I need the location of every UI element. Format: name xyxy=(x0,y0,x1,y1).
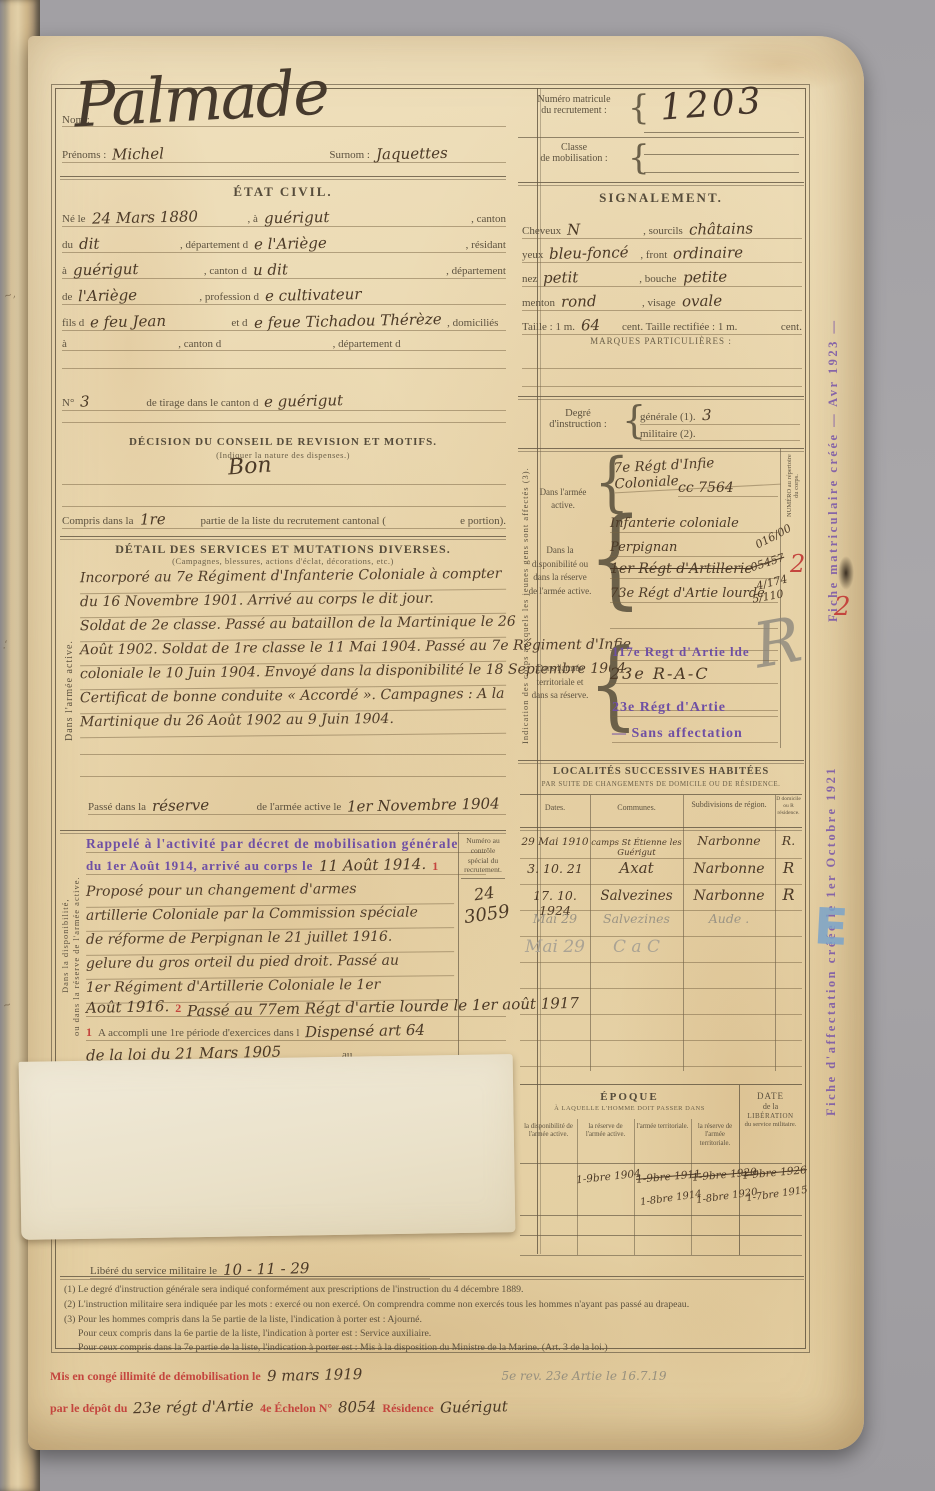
mobilisation-stamp-line-2: du 1er Août 1914, arrivé au corps le11 A… xyxy=(86,856,486,875)
liberation-header: DATE de la LIBÉRATION du service militai… xyxy=(739,1091,802,1129)
localites-row-empty xyxy=(520,963,802,989)
matricule-brace: { xyxy=(628,88,650,128)
territoriale-stamp-23: 23e Régt d'Artie xyxy=(612,700,778,717)
localites-row: 29 Mai 1910camps St Étienne les Guérigut… xyxy=(520,833,802,859)
etat-civil-line-3: àguérigut, canton du dit, département xyxy=(62,260,506,279)
epoque-col-1: la disponibilité de l'armée active. xyxy=(521,1123,576,1140)
territoriale-hw-23rac: 23e R-A-C xyxy=(610,664,778,684)
localites-row-empty xyxy=(520,1041,802,1067)
epoque-table: ÉPOQUE À LAQUELLE L'HOMME DOIT PASSER DA… xyxy=(520,1084,802,1256)
localites-col-dates: Dates. xyxy=(520,803,590,813)
localites-title: LOCALITÉS SUCCESSIVES HABITÉES xyxy=(518,766,804,777)
demobilisation-stamp-line-1: Mis en congé illimité de démobilisation … xyxy=(50,1366,800,1384)
instruction-militaire: militaire (2). xyxy=(640,428,800,441)
marques-title: MARQUES PARTICULIÈRES : xyxy=(518,336,804,346)
localites-col-domicile: D domicile ou R résidence. xyxy=(775,796,802,817)
localites-row-pencil: Mai 29SalvezinesAude . xyxy=(520,911,802,937)
mobilisation-text-line-6: Août 1916.2Passé au 77em Régt d'artie lo… xyxy=(86,998,506,1017)
corps-entry-1: Infanterie coloniale xyxy=(610,514,778,533)
instruction-label: Degré d'instruction : xyxy=(540,408,616,430)
margin-red-2: 2 xyxy=(834,592,851,622)
disponibilite-side-label-1: Dans la disponibilité, xyxy=(60,846,70,1046)
numero-special-value-1: 24 xyxy=(473,883,496,905)
footnote-3: (3) Pour les hommes compris dans la 5e p… xyxy=(64,1314,422,1325)
epoque-title: ÉPOQUE xyxy=(520,1091,739,1103)
localites-row-empty xyxy=(520,989,802,1015)
services-text: Incorporé au 7e Régiment d'Infanterie Co… xyxy=(80,568,506,736)
etat-civil-line-5: fils de feu Jeanet de feue Tichadou Thér… xyxy=(62,312,506,331)
epoque-value-territoriale-2: 1-8bre 1914 xyxy=(640,1189,703,1209)
signalement-row-yeux: yeuxbleu-foncé, frontordinaire xyxy=(522,244,802,263)
disponibilite-side-label-2: ou dans la réserve de l'armée active. xyxy=(71,826,81,1086)
etat-civil-line-4: del'Ariège, profession de cultivateur xyxy=(62,286,506,305)
signalement-row-cheveux: CheveuxN, sourcilschâtains xyxy=(522,220,802,239)
footnote-1: (1) Le degré d'instruction générale sera… xyxy=(64,1284,523,1295)
header-divider xyxy=(60,176,506,177)
epoque-col-3: l'armée territoriale. xyxy=(635,1123,690,1131)
decision-subtitle: (Indiquer la nature des dispenses.) xyxy=(60,450,506,460)
signalement-title: SIGNALEMENT. xyxy=(518,190,804,206)
numero-special-label: Numéro au contrôle spécial du recrutemen… xyxy=(461,836,505,879)
pasted-paper-slip xyxy=(19,1054,516,1240)
ink-blot xyxy=(838,556,854,590)
periode-1-line: 1A accompli une 1re période d'exercices … xyxy=(86,1022,506,1041)
localites-row: 3. 10. 21AxatNarbonneR xyxy=(520,859,802,885)
disponibilite-label: Dans la disponibilité ou dans la réserve… xyxy=(528,544,592,598)
blank-rule xyxy=(62,348,506,369)
scanned-military-register: { "doc_type": "Registre matricule milita… xyxy=(0,0,935,1491)
corps-entry-text: 73e Régt d'Artie lourde xyxy=(610,586,765,601)
classe-label: Classe de mobilisation : xyxy=(522,142,626,164)
localites-row: 17. 10. 1924SalvezinesNarbonneR xyxy=(520,885,802,911)
epoque-value-reserve: 1-9bre 1904 xyxy=(576,1168,642,1187)
header-box-rule xyxy=(518,137,804,138)
corps-entry-text: Perpignan xyxy=(610,540,677,555)
corps-entry-text: 1er Régt d'Artillerie xyxy=(610,561,753,577)
numero-repertoire-label: NUMÉRO au répertoire du corps. xyxy=(786,452,800,520)
territoriale-label: Dans l'armée territoriale et dans sa rés… xyxy=(528,662,592,703)
page-title: Palmade xyxy=(72,55,329,141)
territoriale-stamp-117: 117e Regt d'Artie lde xyxy=(612,644,778,661)
corps-entry-2: Perpignan xyxy=(610,538,778,557)
register-page: Palmade Nom : Prénoms :MichelSurnom :Jaq… xyxy=(28,36,864,1450)
footnote-4: Pour ceux compris dans la 6e partie de l… xyxy=(78,1328,431,1339)
localites-row-pencil: Mai 29C a C xyxy=(520,937,802,963)
services-side-label: Dans l'armée active. xyxy=(64,596,75,786)
localites-row-empty xyxy=(520,1015,802,1041)
armee-active-label: Dans l'armée active. xyxy=(534,486,592,511)
affectation-side-label: Indication des corps auxquels les jeunes… xyxy=(520,456,530,756)
taille-line: Taille : 1 m.64cent. Taille rectifiée : … xyxy=(522,316,802,335)
reserve-line: Passé dans laréservede l'armée active le… xyxy=(88,796,506,815)
matricule-label: Numéro matricule du recrutement : xyxy=(522,94,626,116)
services-title: DÉTAIL DES SERVICES ET MUTATIONS DIVERSE… xyxy=(60,542,506,557)
localites-col-communes: Communes. xyxy=(590,803,683,813)
signalement-row-nez: nezpetit, bouchepetite xyxy=(522,268,802,287)
localites-subtitle: PAR SUITE DE CHANGEMENTS DE DOMICILE OU … xyxy=(518,780,804,788)
footnote-2: (2) L'instruction militaire sera indiqué… xyxy=(64,1299,689,1310)
localites-col-subdivisions: Subdivisions de région. xyxy=(683,800,775,810)
compris-line: Compris dans la1repartie de la liste du … xyxy=(62,510,506,529)
libere-line: Libéré du service militaire le10 - 11 - … xyxy=(90,1260,430,1279)
corps-entry-3-red: 2 xyxy=(790,550,805,578)
etat-civil-line-1: Né le24 Mars 1880, àguérigut, canton xyxy=(62,208,506,227)
etat-civil-line-2: dudit, département de l'Ariège, résidant xyxy=(62,234,506,253)
instruction-generale: générale (1).3 xyxy=(640,406,800,425)
mobilisation-stamp-line-1: Rappelé à l'activité par décret de mobil… xyxy=(86,836,486,853)
demobilisation-stamp-line-2: par le dépôt du23e régt d'Artie4e Échelo… xyxy=(50,1398,690,1416)
prenoms-line: Prénoms :MichelSurnom :Jaquettes xyxy=(62,144,506,163)
epoque-col-4: la réserve de l'armée territoriale. xyxy=(692,1123,738,1148)
etat-civil-title: ÉTAT CIVIL. xyxy=(60,184,506,200)
epoque-subtitle: À LAQUELLE L'HOMME DOIT PASSER DANS xyxy=(520,1105,739,1112)
corps-entry-text: Infanterie coloniale xyxy=(610,516,739,531)
matricule-number: 1203 xyxy=(659,80,765,128)
localites-table: Dates. Communes. Subdivisions de région.… xyxy=(520,794,802,1071)
fiche-affectation-stamp: Fiche d'affectation créée le 1er Octobre… xyxy=(824,636,839,1116)
services-subtitle: (Campagnes, blessures, actions d'éclat, … xyxy=(60,556,506,566)
sans-affectation-stamp: — Sans affectation xyxy=(612,726,778,743)
armee-active-corps-2: cc 7564 xyxy=(678,480,778,497)
decision-title: DÉCISION DU CONSEIL DE REVISION ET MOTIF… xyxy=(60,436,506,448)
blue-pencil-e-mark: E xyxy=(813,897,850,957)
blank-rule xyxy=(62,402,506,423)
epoque-col-2: la réserve de l'armée active. xyxy=(578,1123,633,1140)
mobilisation-text: Proposé pour un changement d'armesartill… xyxy=(86,882,454,1002)
signalement-row-menton: mentonrond, visageovale xyxy=(522,292,802,311)
footnote-5: Pour ceux compris dans la 7e partie de l… xyxy=(78,1342,608,1353)
signalement-top-divider xyxy=(518,182,804,183)
matricule-rule xyxy=(644,132,799,133)
